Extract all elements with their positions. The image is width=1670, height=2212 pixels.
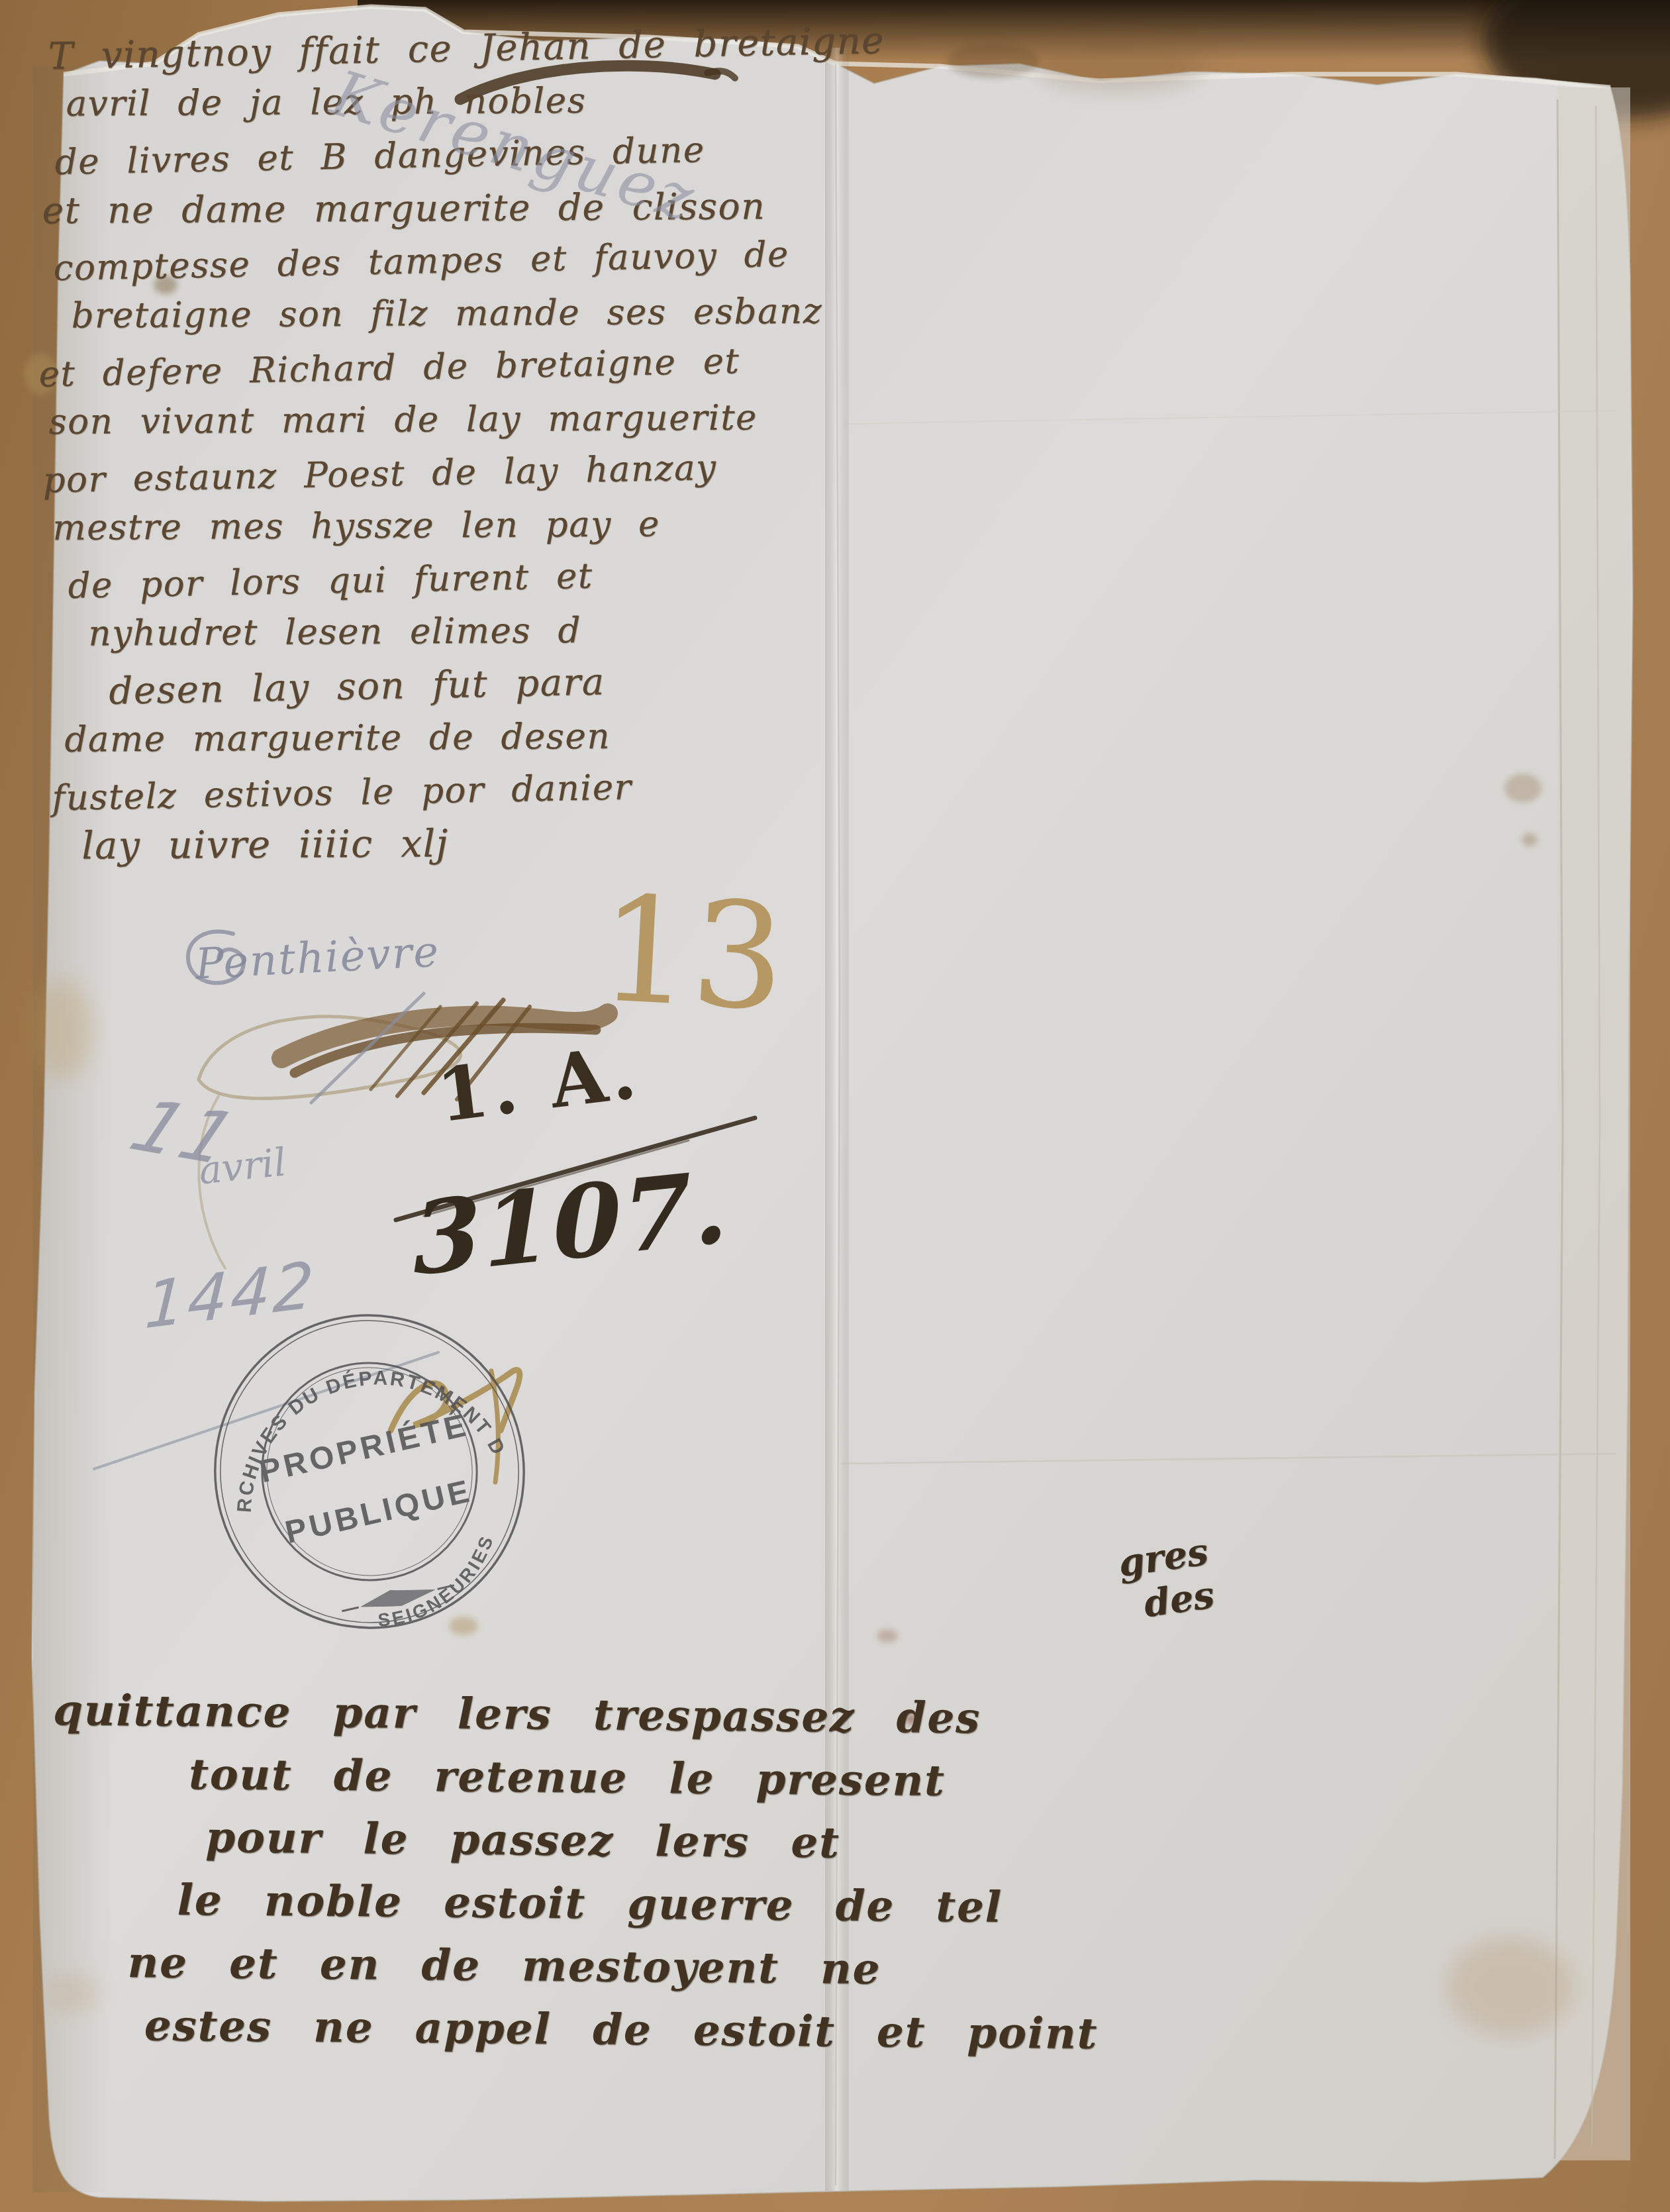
manuscript-photo: ARCHIVES DU DÉPARTEMENT DE SEIGNEURIES P… (0, 0, 1670, 2212)
manuscript-line: lay uivre iiiic xlj (81, 815, 894, 872)
manuscript-line: nyhudret lesen elimes d (88, 603, 891, 660)
manuscript-line: pour le passez lers et (205, 1806, 1100, 1877)
manuscript-line: tout de retenue le present (189, 1743, 1101, 1814)
manuscript-line: ne et en de mestoyent ne (127, 1931, 1099, 2003)
manuscript-line: quittance par lers trespassez des (53, 1679, 1101, 1751)
manuscript-bottom-block: quittance par lers trespassez des tout d… (50, 1679, 1101, 2066)
manuscript-line: desen lay son fut para (109, 650, 893, 719)
item-number: 3107. (411, 1157, 730, 1289)
folio-number: 13 (595, 876, 788, 1031)
pencil-date-month: avril (197, 1142, 288, 1189)
penthievre-note: Penthièvre (195, 930, 441, 985)
manuscript-line: estes ne appel de estoit et point (144, 1994, 1099, 2066)
manuscript-line: le noble estoit guerre de tel (177, 1869, 1099, 1940)
